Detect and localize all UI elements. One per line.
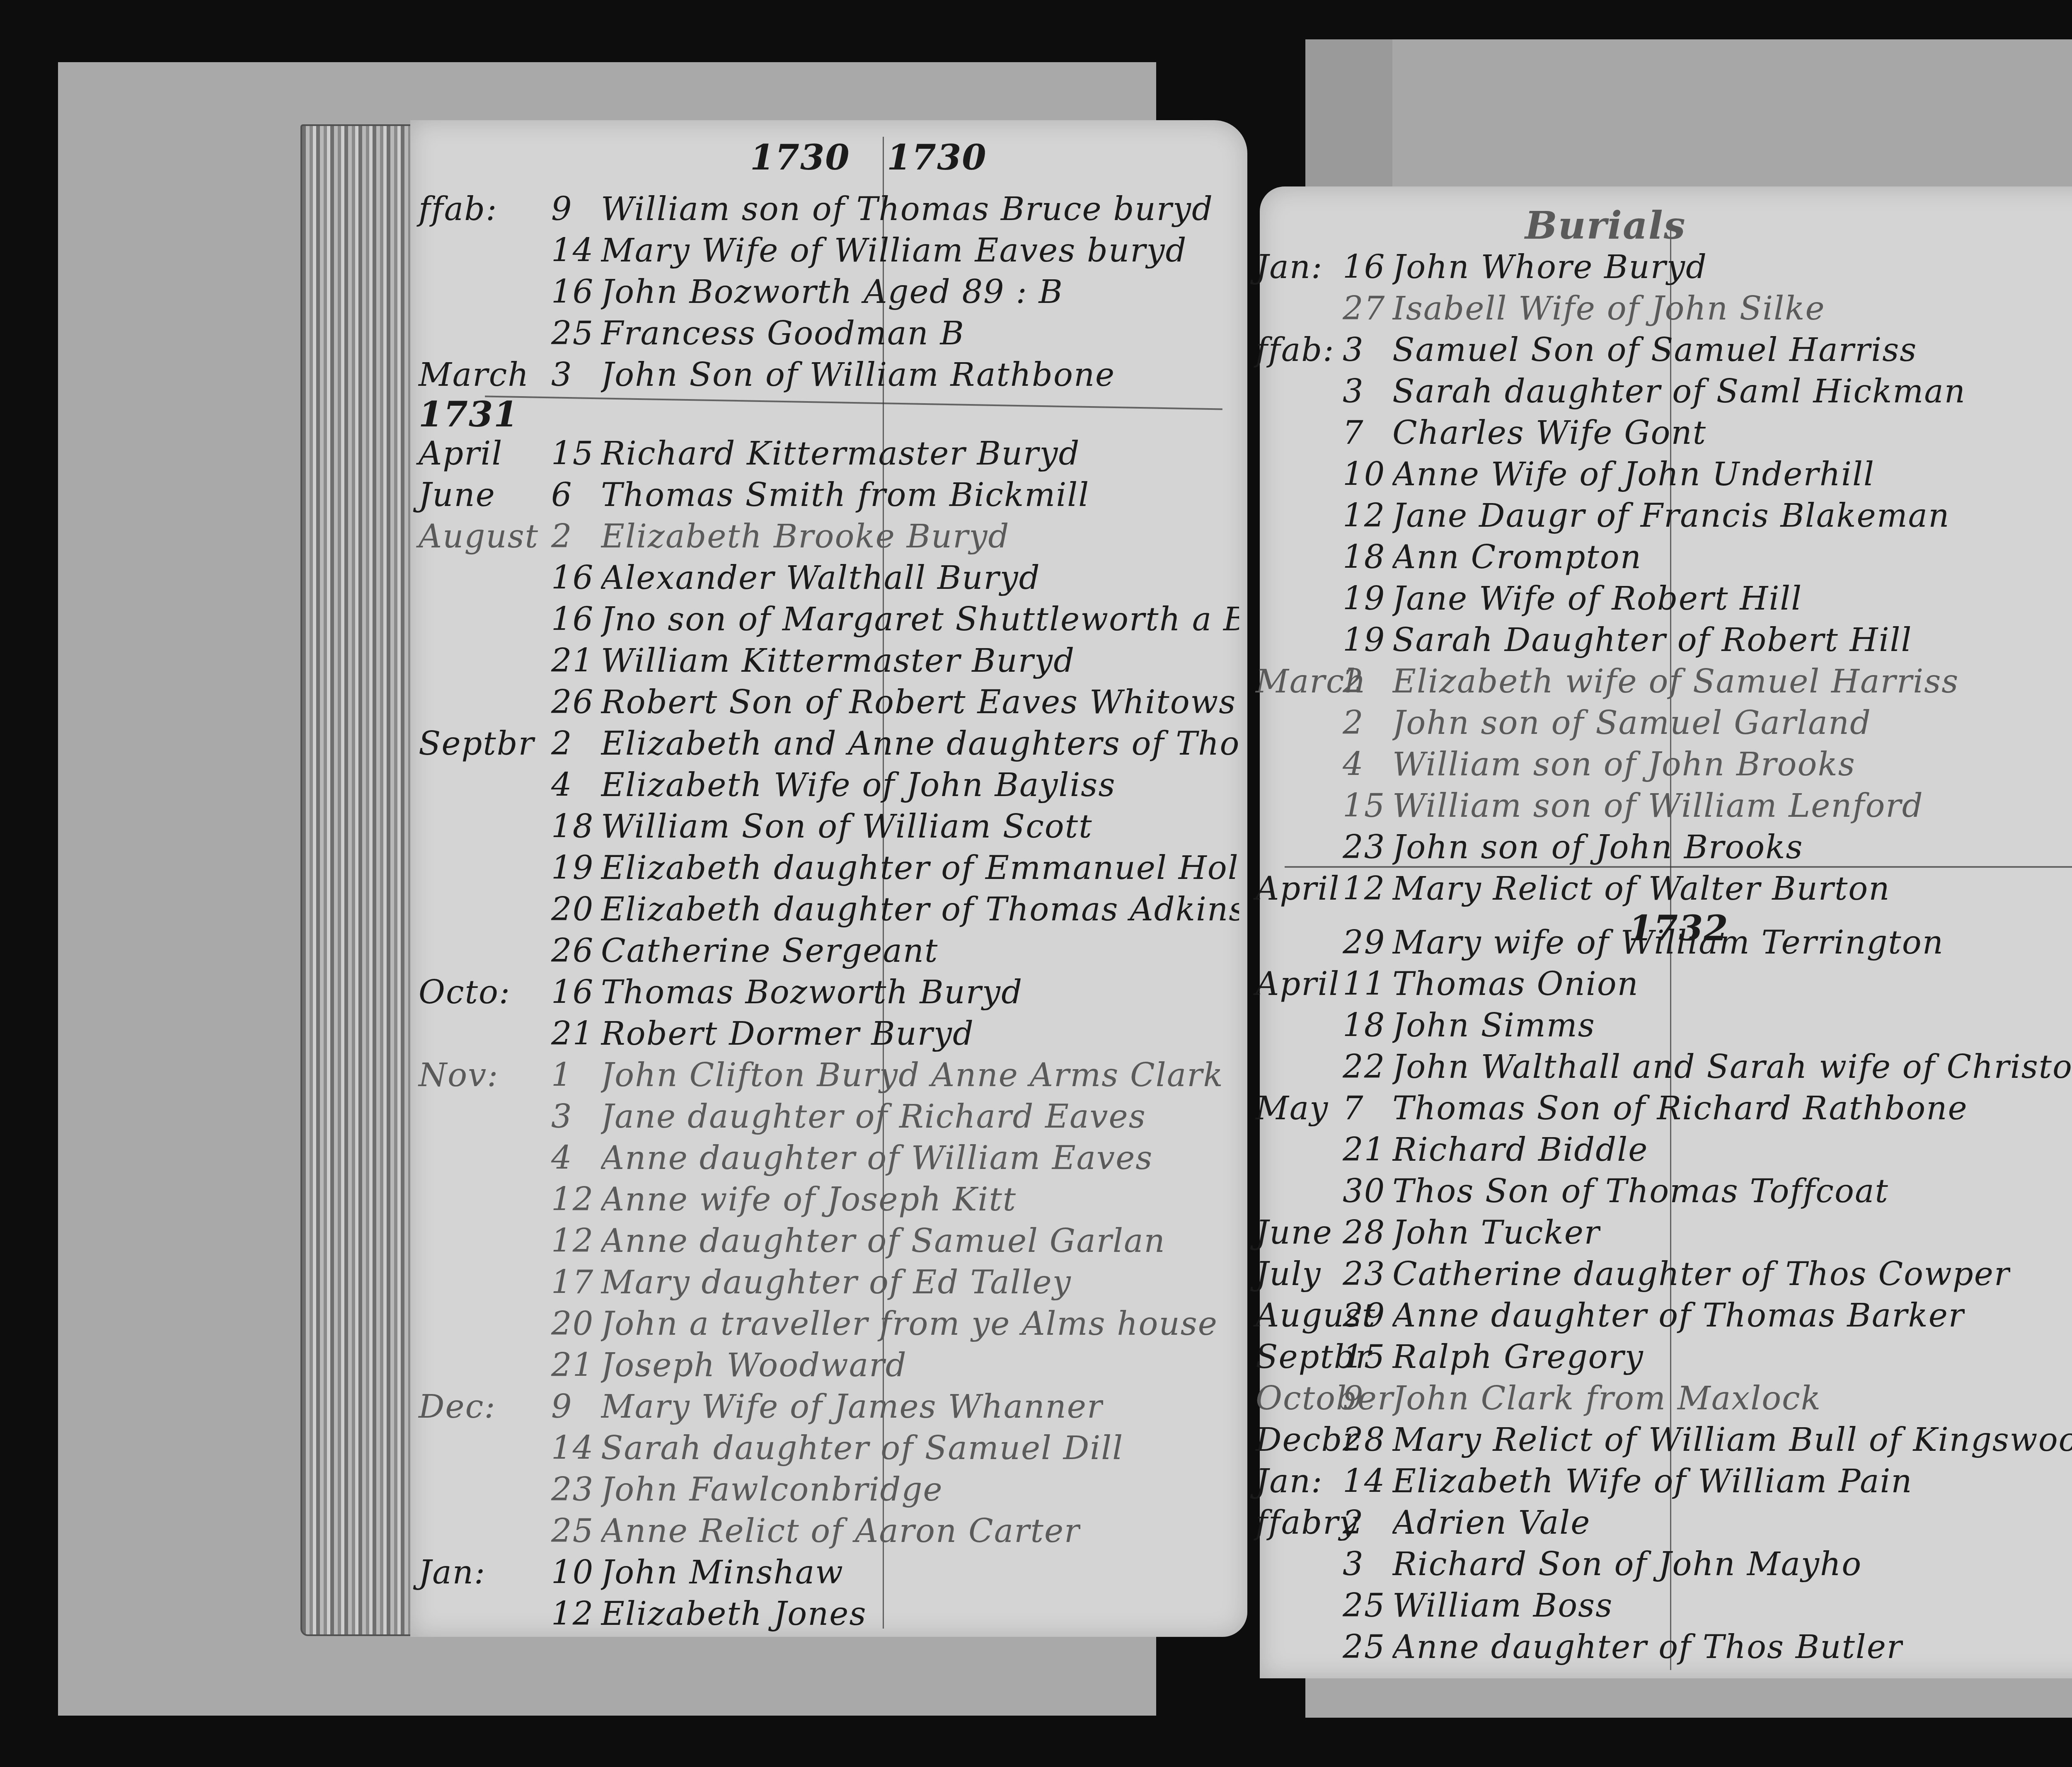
entry-text: Richard Biddle — [1392, 1131, 1648, 1169]
entry-day: 30 — [1343, 1173, 1385, 1210]
entry-month: Octo: — [419, 974, 511, 1011]
entry-text: Anne daughter of Thomas Barker — [1392, 1297, 1965, 1334]
entry-text: Elizabeth wife of Samuel Harriss — [1392, 663, 1959, 700]
entry-day: 16 — [551, 274, 594, 311]
entry-text: Adrien Vale — [1392, 1504, 1590, 1542]
entry-day: 20 — [551, 1305, 594, 1343]
entry-text: Thomas Son of Richard Rathbone — [1392, 1090, 1968, 1127]
entry-day: 19 — [1343, 622, 1385, 659]
entry-month: April — [1256, 870, 1340, 908]
entry-day: 12 — [551, 1595, 594, 1633]
entry-text: John Walthall and Sarah wife of Christop… — [1392, 1048, 2072, 1086]
entry-month: Dec: — [419, 1388, 496, 1426]
entry-day: 25 — [1343, 1587, 1385, 1624]
entry-day: 2 — [551, 725, 573, 762]
entry-day: 12 — [1343, 497, 1385, 535]
entry-month: July — [1256, 1256, 1322, 1293]
entry-text: Mary Relict of Walter Burton — [1392, 870, 1890, 908]
entry-text: Mary Relict of William Bull of Kingswood… — [1392, 1421, 2072, 1459]
entry-text: Mary Wife of William Eaves buryd — [601, 232, 1187, 269]
entry-text: John Clifton Buryd Anne Arms Clark — [601, 1057, 1224, 1094]
entry-day: 11 — [1343, 966, 1385, 1003]
entry-day: 2 — [1343, 663, 1364, 700]
entry-day: 2 — [1343, 1504, 1364, 1542]
entry-text: Catherine daughter of Thos Cowper — [1392, 1256, 2010, 1293]
entry-day: 23 — [1343, 1256, 1385, 1293]
entry-day: 12 — [551, 1181, 594, 1218]
entry-day: 26 — [551, 932, 594, 970]
entry-month: ffab: — [419, 191, 497, 228]
entry-text: Sarah Daughter of Robert Hill — [1392, 622, 1912, 659]
entry-month: August — [419, 518, 539, 555]
entry-text: Ann Crompton — [1392, 539, 1642, 576]
entry-text: Elizabeth Brooke Buryd — [601, 518, 1009, 555]
entry-text: Richard Kittermaster Buryd — [601, 435, 1080, 472]
entry-day: 15 — [1343, 787, 1385, 825]
entry-day: 3 — [1343, 1546, 1364, 1583]
entry-text: Mary wife of William Terrington — [1392, 924, 1944, 961]
entry-day: 21 — [1343, 1131, 1385, 1169]
entry-text: Isabell Wife of John Silke — [1392, 290, 1825, 327]
entry-text: Charles Wife Gont — [1392, 414, 1706, 452]
entry-text: William Son of William Scott — [601, 808, 1093, 845]
entry-day: 15 — [551, 435, 594, 472]
entry-day: 10 — [551, 1554, 594, 1591]
entry-day: 28 — [1343, 1214, 1385, 1251]
entry-text: Jno son of Margaret Shuttleworth a Basta… — [601, 601, 1239, 638]
header-year-2: 1730 — [887, 137, 987, 178]
entry-day: 4 — [1343, 746, 1364, 783]
entry-text: Thomas Onion — [1392, 966, 1639, 1003]
entry-text: Elizabeth and Anne daughters of Thos Hal… — [601, 725, 1239, 762]
entry-day: 16 — [551, 559, 594, 597]
entry-text: Thomas Smith from Bickmill — [601, 477, 1089, 514]
entry-text: Elizabeth Wife of William Pain — [1392, 1463, 1913, 1500]
entry-text: Sarah daughter of Samuel Dill — [601, 1430, 1123, 1467]
year-divider — [485, 395, 1222, 410]
entry-text: John Simms — [1392, 1007, 1595, 1044]
entry-day: 9 — [551, 191, 573, 228]
entry-text: Samuel Son of Samuel Harriss — [1392, 332, 1917, 369]
entry-day: 19 — [1343, 580, 1385, 617]
entry-day: 10 — [1343, 456, 1385, 493]
entry-month: Jan: — [419, 1554, 486, 1591]
entry-day: 9 — [1343, 1380, 1364, 1417]
register-page-left: 1730 1730 ffab:9William son of Thomas Br… — [410, 120, 1247, 1637]
entry-day: 12 — [551, 1222, 594, 1260]
entry-text: John Minshaw — [601, 1554, 844, 1591]
entry-text: John Fawlconbridge — [601, 1471, 943, 1508]
entry-day: 23 — [551, 1471, 594, 1508]
entry-text: Anne wife of Joseph Kitt — [601, 1181, 1017, 1218]
entry-day: 25 — [1343, 1629, 1385, 1666]
entry-day: 21 — [551, 1347, 594, 1384]
entry-text: John Whore Buryd — [1392, 249, 1707, 286]
entry-text: Thos Son of Thomas Toffcoat — [1392, 1173, 1889, 1210]
entry-month: Jan: — [1256, 249, 1323, 286]
entry-text: Ralph Gregory — [1392, 1339, 1644, 1376]
entry-text: Robert Dormer Buryd — [601, 1015, 974, 1053]
entry-day: 14 — [551, 1430, 594, 1467]
entry-text: William son of William Lenford — [1392, 787, 1924, 825]
entry-day: 7 — [1343, 1090, 1364, 1127]
entry-text: Anne daughter of Samuel Garlan — [601, 1222, 1166, 1260]
entry-month: March — [419, 356, 530, 394]
entry-month: Jan: — [1256, 1463, 1323, 1500]
header-year-1: 1730 — [750, 137, 850, 178]
entry-text: Sarah daughter of Saml Hickman — [1392, 373, 1966, 410]
entry-month: October — [1256, 1380, 1394, 1417]
entry-text: William Kittermaster Buryd — [601, 642, 1075, 680]
entry-day: 3 — [1343, 332, 1364, 369]
entry-day: 18 — [551, 808, 594, 845]
entry-text: Anne Wife of John Underhill — [1392, 456, 1875, 493]
entry-text: John son of Samuel Garland — [1392, 704, 1871, 742]
page-heading: Burials — [1525, 203, 1686, 248]
entry-day: 23 — [1343, 829, 1385, 866]
entry-month: June — [419, 477, 496, 514]
entry-text: Jane daughter of Richard Eaves — [601, 1098, 1146, 1135]
entry-text: Anne daughter of Thos Butler — [1392, 1629, 1903, 1666]
entry-text: John Bozworth Aged 89 : B — [601, 274, 1063, 311]
entry-text: Thomas Bozworth Buryd — [601, 974, 1023, 1011]
entry-text: John a traveller from ye Alms house — [601, 1305, 1218, 1343]
entry-month: April — [1256, 966, 1340, 1003]
entry-text: William son of John Brooks — [1392, 746, 1856, 783]
entry-text: John Clark from Maxlock — [1392, 1380, 1821, 1417]
year-marker: 1731 — [419, 394, 519, 435]
entry-month: Septbr — [419, 725, 535, 762]
entry-text: William Boss — [1392, 1587, 1613, 1624]
entry-text: Anne daughter of William Eaves — [601, 1140, 1153, 1177]
entry-day: 1 — [551, 1057, 573, 1094]
entry-month: May — [1256, 1090, 1329, 1127]
entry-day: 2 — [551, 518, 573, 555]
entry-day: 4 — [551, 767, 573, 804]
entry-day: 15 — [1343, 1339, 1385, 1376]
entry-day: 18 — [1343, 539, 1385, 576]
entry-day: 16 — [551, 601, 594, 638]
entry-text: John Tucker — [1392, 1214, 1600, 1251]
entry-month: Nov: — [419, 1057, 499, 1094]
entry-day: 4 — [551, 1140, 573, 1177]
entry-text: Mary daughter of Ed Talley — [601, 1264, 1072, 1301]
entry-day: 29 — [1343, 1297, 1385, 1334]
entry-day: 26 — [551, 684, 594, 721]
entry-text: Alexander Walthall Buryd — [601, 559, 1041, 597]
entry-text: Jane Wife of Robert Hill — [1392, 580, 1802, 617]
entry-day: 7 — [1343, 414, 1364, 452]
entry-month: June — [1256, 1214, 1333, 1251]
register-page-right: Burials Jan:16John Whore Buryd27Isabell … — [1260, 186, 2072, 1678]
entry-day: 16 — [551, 974, 594, 1011]
entry-day: 17 — [551, 1264, 594, 1301]
entry-day: 22 — [1343, 1048, 1385, 1086]
entry-day: 18 — [1343, 1007, 1385, 1044]
entry-day: 21 — [551, 1015, 594, 1053]
entry-text: Catherine Sergeant — [601, 932, 938, 970]
entry-day: 29 — [1343, 924, 1385, 961]
entry-text: John son of John Brooks — [1392, 829, 1803, 866]
entry-day: 25 — [551, 315, 594, 352]
entry-day: 16 — [1343, 249, 1385, 286]
entry-text: Francess Goodman B — [601, 315, 965, 352]
entry-text: Anne Relict of Aaron Carter — [601, 1513, 1080, 1550]
entry-day: 2 — [1343, 704, 1364, 742]
entry-day: 25 — [551, 1513, 594, 1550]
entry-text: Elizabeth Jones — [601, 1595, 867, 1633]
entry-text: Jane Daugr of Francis Blakeman — [1392, 497, 1950, 535]
entry-text: Joseph Woodward — [601, 1347, 907, 1384]
entry-day: 14 — [1343, 1463, 1385, 1500]
book-page-edges-left — [300, 124, 416, 1636]
entry-month: ffab: — [1256, 332, 1334, 369]
entry-day: 14 — [551, 232, 594, 269]
entry-text: Elizabeth Wife of John Bayliss — [601, 767, 1116, 804]
entry-day: 28 — [1343, 1421, 1385, 1459]
entry-text: William son of Thomas Bruce buryd — [601, 191, 1213, 228]
entry-day: 19 — [551, 850, 594, 887]
entry-day: 6 — [551, 477, 573, 514]
entry-text: John Son of William Rathbone — [601, 356, 1115, 394]
entry-text: Mary Wife of James Whanner — [601, 1388, 1103, 1426]
year-divider — [1285, 866, 2072, 868]
entry-text: Elizabeth daughter of Thomas Adkins — [601, 891, 1239, 928]
entry-text: Robert Son of Robert Eaves Whitows — [601, 684, 1236, 721]
entry-day: 12 — [1343, 870, 1385, 908]
entry-day: 21 — [551, 642, 594, 680]
entry-day: 3 — [1343, 373, 1364, 410]
entry-day: 3 — [551, 356, 573, 394]
entry-text: Elizabeth daughter of Emmanuel Hollings — [601, 850, 1239, 887]
entry-day: 3 — [551, 1098, 573, 1135]
entry-month: April — [419, 435, 503, 472]
entry-day: 27 — [1343, 290, 1385, 327]
entry-day: 20 — [551, 891, 594, 928]
entry-text: Richard Son of John Mayho — [1392, 1546, 1862, 1583]
entry-day: 9 — [551, 1388, 573, 1426]
